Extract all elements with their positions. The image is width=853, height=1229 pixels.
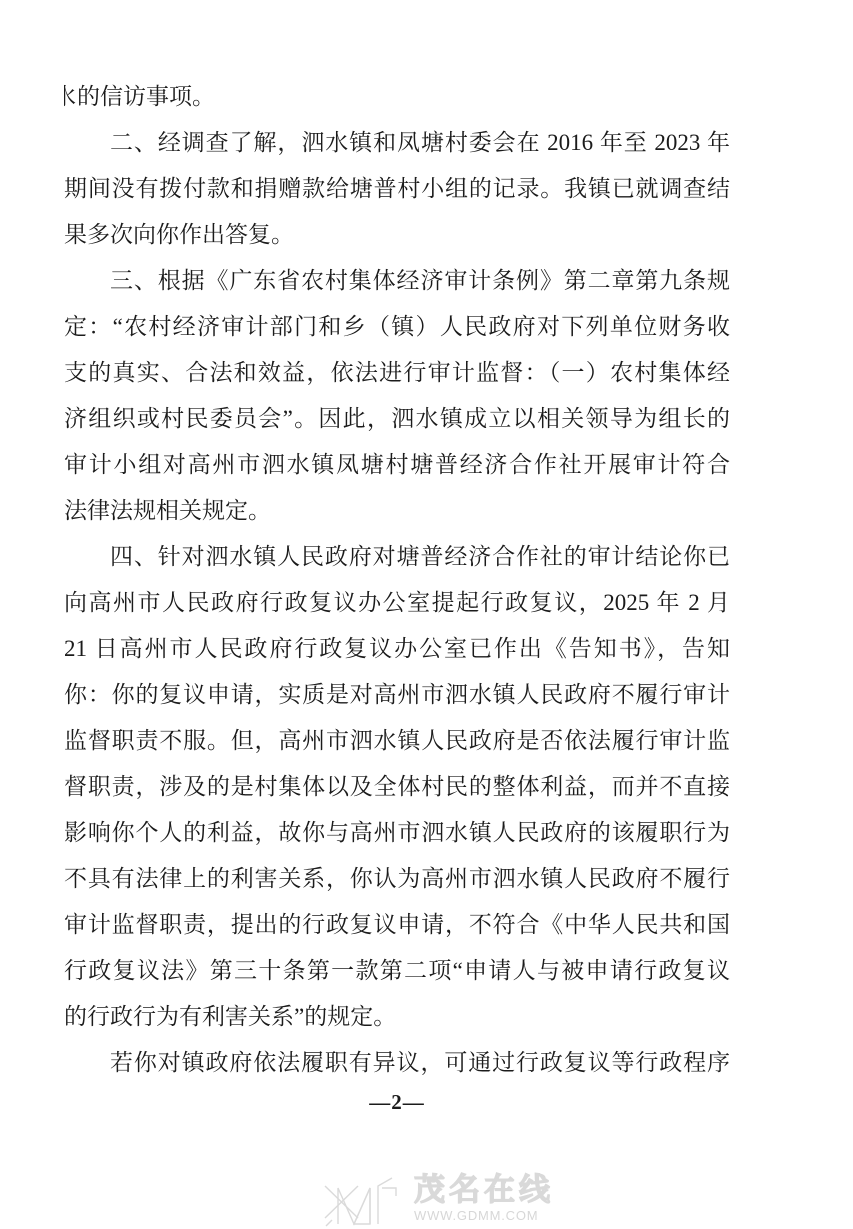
text-line: 果多次向你作出答复。 — [64, 212, 730, 258]
text-line: 审计监督职责，提出的行政复议申请，不符合《中华人民共和国 — [64, 902, 730, 948]
text-line: 四、针对泗水镇人民政府对塘普经济合作社的审计结论你已 — [64, 534, 730, 580]
line-text: 果多次向你作出答复。 — [64, 222, 294, 247]
text-line: 21 日高州市人民政府行政复议办公室已作出《告知书》，告知 — [64, 626, 730, 672]
text-line: 的行政行为有利害关系”的规定。 — [64, 994, 730, 1040]
line-text: 四、针对泗水镇人民政府对塘普经济合作社的审计结论你已 — [110, 544, 730, 569]
line-text: 期间没有拨付款和捐赠款给塘普村小组的记录。我镇已就调查结 — [64, 176, 730, 201]
text-line: 行政复议法》第三十条第一款第二项“申请人与被申请行政复议 — [64, 948, 730, 994]
line-text: 审计小组对高州市泗水镇凤塘村塘普经济合作社开展审计符合 — [64, 452, 730, 477]
text-line: 法律法规相关规定。 — [64, 488, 730, 534]
line-text: 向高州市人民政府行政复议办公室提起行政复议，2025 年 2 月 — [64, 590, 730, 615]
line-text: 若你对镇政府依法履职有异议，可通过行政复议等行政程序 — [110, 1050, 730, 1075]
watermark-text-block: 茂名在线 WWW.GDMM.COM — [414, 1174, 554, 1223]
text-line: 定：“农村经济审计部门和乡（镇）人民政府对下列单位财务收 — [64, 304, 730, 350]
text-line: 向高州市人民政府行政复议办公室提起行政复议，2025 年 2 月 — [64, 580, 730, 626]
document-lines: 水的信访事项。二、经调查了解，泗水镇和凤塘村委会在 2016 年至 2023 年… — [64, 74, 730, 1086]
text-line: 三、根据《广东省农村集体经济审计条例》第二章第九条规 — [64, 258, 730, 304]
line-text: 影响你个人的利益，故你与高州市泗水镇人民政府的该履职行为 — [64, 820, 730, 845]
line-text: 督职责，涉及的是村集体以及全体村民的整体利益，而并不直接 — [64, 774, 730, 799]
line-text: 不具有法律上的利害关系，你认为高州市泗水镇人民政府不履行 — [64, 866, 730, 891]
watermark-logo-icon — [324, 1174, 402, 1228]
line-text: 济组织或村民委员会”。因此，泗水镇成立以相关领导为组长的 — [64, 406, 730, 431]
line-text: 三、根据《广东省农村集体经济审计条例》第二章第九条规 — [110, 268, 730, 293]
text-line: 不具有法律上的利害关系，你认为高州市泗水镇人民政府不履行 — [64, 856, 730, 902]
text-line: 水的信访事项。 — [64, 74, 730, 120]
line-text: 的行政行为有利害关系”的规定。 — [64, 1004, 396, 1029]
text-line: 影响你个人的利益，故你与高州市泗水镇人民政府的该履职行为 — [64, 810, 730, 856]
line-text: 二、经调查了解，泗水镇和凤塘村委会在 2016 年至 2023 年 — [110, 130, 730, 155]
text-line: 期间没有拨付款和捐赠款给塘普村小组的记录。我镇已就调查结 — [64, 166, 730, 212]
text-line: 你：你的复议申请，实质是对高州市泗水镇人民政府不履行审计 — [64, 672, 730, 718]
text-line: 督职责，涉及的是村集体以及全体村民的整体利益，而并不直接 — [64, 764, 730, 810]
text-line: 二、经调查了解，泗水镇和凤塘村委会在 2016 年至 2023 年 — [64, 120, 730, 166]
scanned-document-page: 水的信访事项。二、经调查了解，泗水镇和凤塘村委会在 2016 年至 2023 年… — [0, 0, 853, 1229]
line-text: 法律法规相关规定。 — [64, 498, 271, 523]
line-text: 你：你的复议申请，实质是对高州市泗水镇人民政府不履行审计 — [64, 682, 730, 707]
line-text: 定：“农村经济审计部门和乡（镇）人民政府对下列单位财务收 — [64, 314, 730, 339]
line-text: 的信访事项。 — [77, 84, 215, 109]
line-text: 行政复议法》第三十条第一款第二项“申请人与被申请行政复议 — [64, 958, 730, 983]
text-line: 若你对镇政府依法履职有异议，可通过行政复议等行政程序 — [64, 1040, 730, 1086]
watermark-site-name: 茂名在线 — [414, 1174, 554, 1206]
text-line: 监督职责不服。但，高州市泗水镇人民政府是否依法履行审计监 — [64, 718, 730, 764]
text-line: 济组织或村民委员会”。因此，泗水镇成立以相关领导为组长的 — [64, 396, 730, 442]
watermark-url: WWW.GDMM.COM — [414, 1208, 554, 1223]
line-text: 支的真实、合法和效益，依法进行审计监督：（一）农村集体经 — [64, 360, 730, 385]
line-text: 监督职责不服。但，高州市泗水镇人民政府是否依法履行审计监 — [64, 728, 730, 753]
line-text: 21 日高州市人民政府行政复议办公室已作出《告知书》，告知 — [64, 636, 730, 661]
clipped-char: 水 — [64, 74, 77, 120]
page-number: —2— — [64, 1090, 730, 1115]
text-line: 支的真实、合法和效益，依法进行审计监督：（一）农村集体经 — [64, 350, 730, 396]
watermark: 茂名在线 WWW.GDMM.COM — [324, 1174, 554, 1228]
text-line: 审计小组对高州市泗水镇凤塘村塘普经济合作社开展审计符合 — [64, 442, 730, 488]
line-text: 审计监督职责，提出的行政复议申请，不符合《中华人民共和国 — [64, 912, 730, 937]
